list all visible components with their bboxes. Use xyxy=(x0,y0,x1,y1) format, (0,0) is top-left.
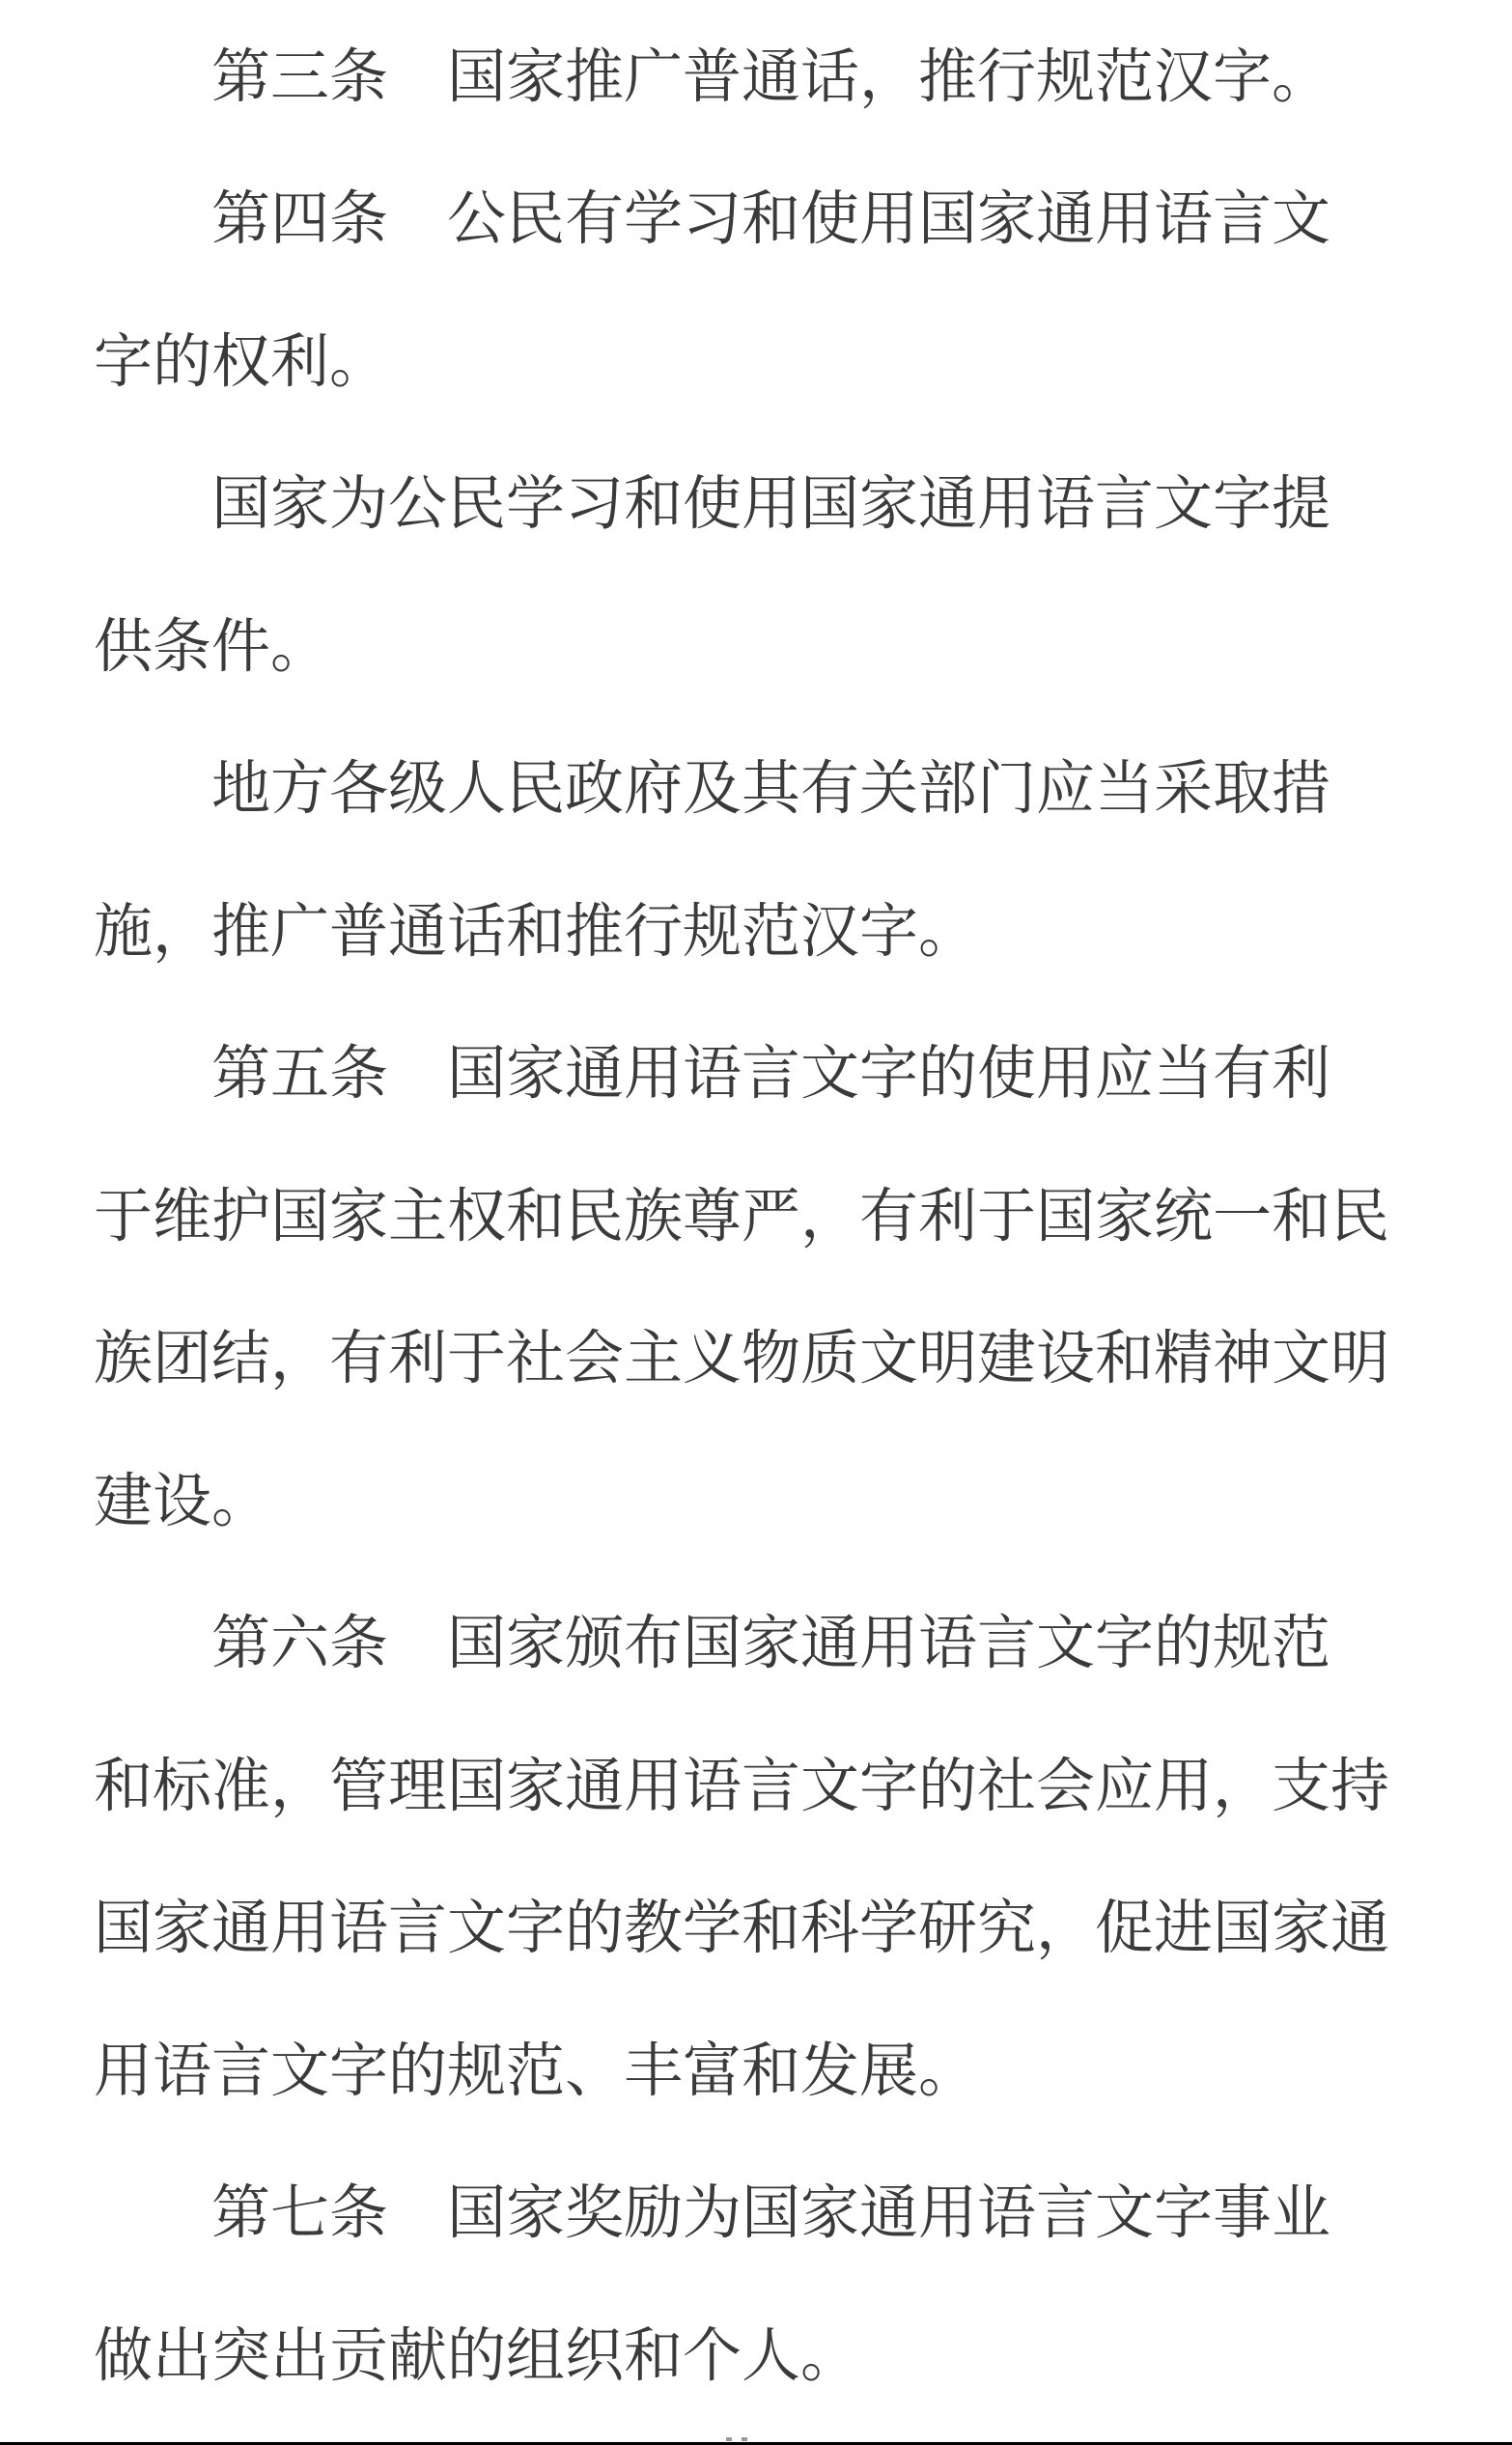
text-line: 第七条 国家奖励为国家通用语言文字事业 xyxy=(211,2179,1330,2247)
text-line: 国家为公民学习和使用国家通用语言文字提 xyxy=(211,470,1330,538)
text-line: 第五条 国家通用语言文字的使用应当有利 xyxy=(211,1040,1330,1108)
text-line: 第三条 国家推广普通话，推行规范汉字。 xyxy=(211,43,1330,111)
text-line: 地方各级人民政府及其有关部门应当采取措 xyxy=(211,755,1330,823)
text-line: 字的权利。 xyxy=(94,328,388,396)
text-line: 供条件。 xyxy=(94,613,329,681)
text-line: 建设。 xyxy=(94,1468,270,1535)
text-line: 第六条 国家颁布国家通用语言文字的规范 xyxy=(211,1610,1330,1677)
glyph-fragment xyxy=(726,2437,732,2441)
text-line: 用语言文字的规范、丰富和发展。 xyxy=(94,2037,977,2105)
text-line: 族团结，有利于社会主义物质文明建设和精神文明 xyxy=(94,1325,1389,1392)
text-line: 国家通用语言文字的教学和科学研究，促进国家通 xyxy=(94,1895,1389,1962)
text-line: 施，推广普通话和推行规范汉字。 xyxy=(94,898,977,966)
text-line: 做出突出贡献的组织和个人。 xyxy=(94,2322,859,2390)
text-line: 第四条 公民有学习和使用国家通用语言文 xyxy=(211,185,1330,253)
glyph-fragment xyxy=(742,2437,747,2441)
text-line: 于维护国家主权和民族尊严，有利于国家统一和民 xyxy=(94,1183,1389,1251)
text-line: 和标准，管理国家通用语言文字的社会应用，支持 xyxy=(94,1753,1389,1820)
